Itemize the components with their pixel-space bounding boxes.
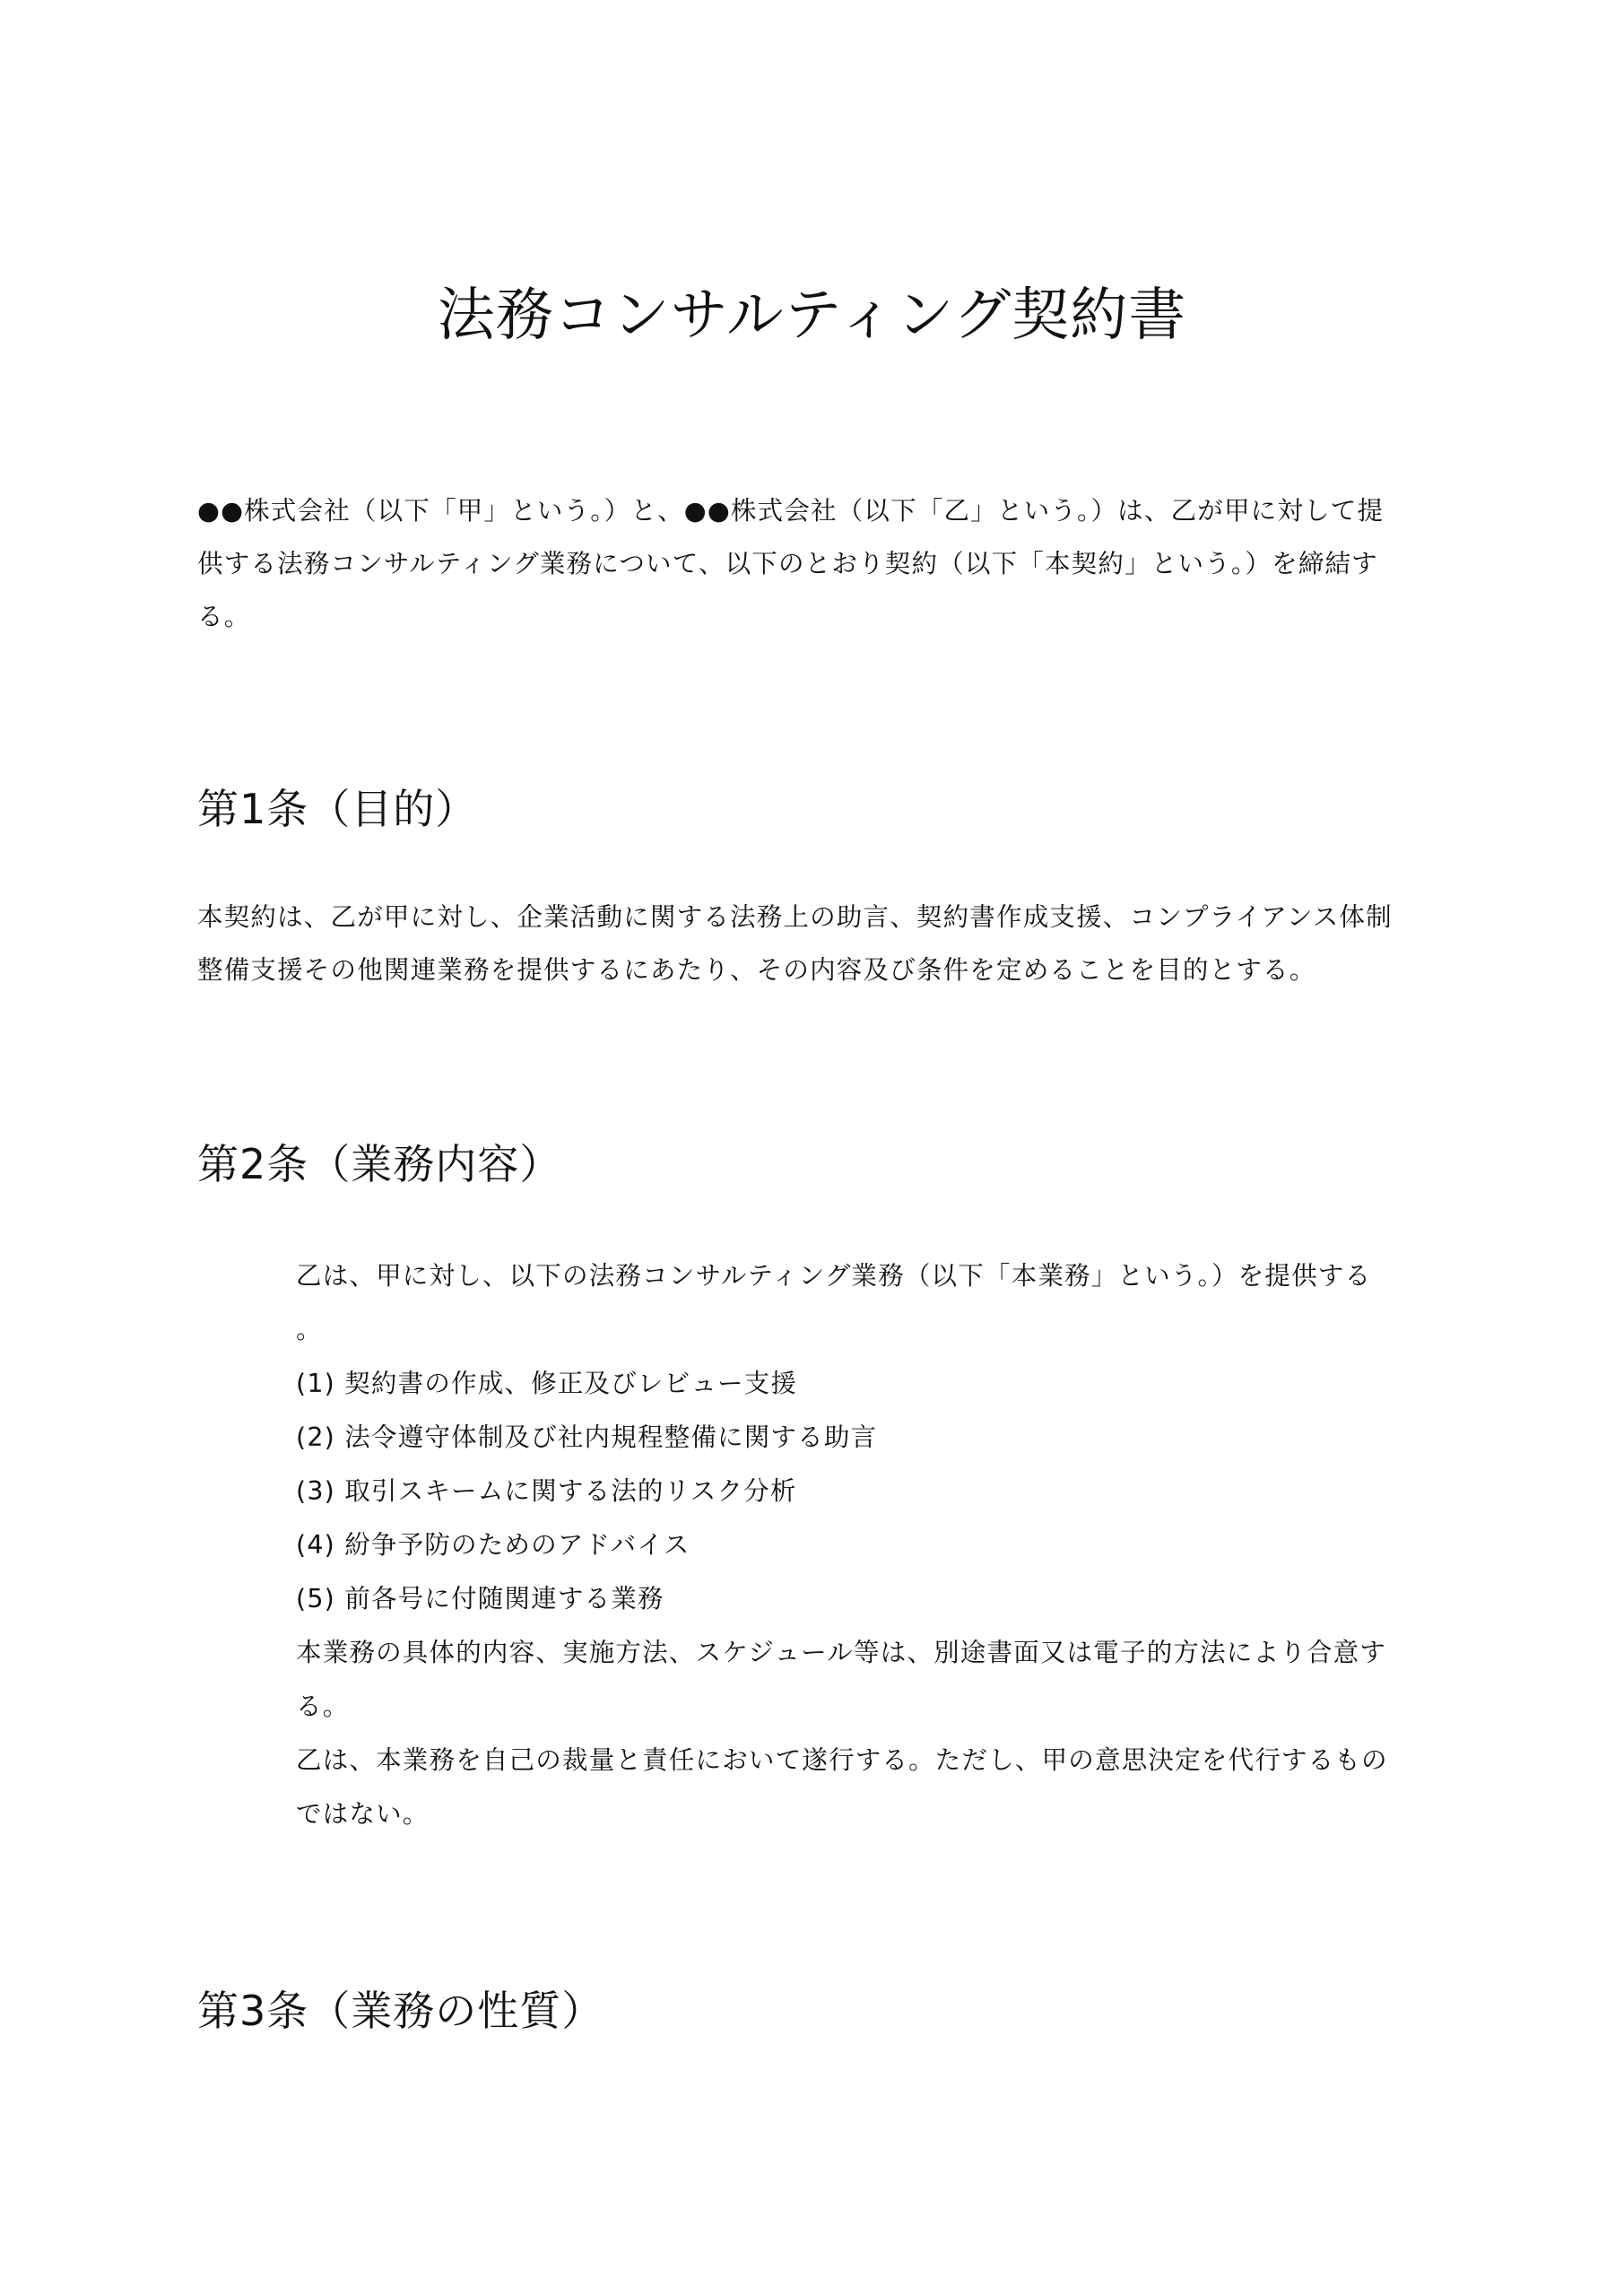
article-2-list-item-5: (5) 前各号に付随関連する業務 (296, 1572, 1435, 1626)
article-2-list-item-1: (1) 契約書の作成、修正及びレビュー支援 (296, 1357, 1435, 1411)
article-2-body: 乙は、甲に対し、以下の法務コンサルティング業務（以下「本業務」という。）を提供す… (296, 1249, 1435, 1841)
article-1-line: 整備支援その他関連業務を提供するにあたり、その内容及び条件を定めることを目的とす… (197, 944, 1435, 996)
article-2-detail-line: る。 (296, 1680, 1435, 1734)
article-2-detail-line: 本業務の具体的内容、実施方法、スケジュール等は、別途書面又は電子的方法により合意… (296, 1626, 1435, 1680)
article-2-list-item-3: (3) 取引スキームに関する法的リスク分析 (296, 1465, 1435, 1518)
article-2-list-item-2: (2) 法令遵守体制及び社内規程整備に関する助言 (296, 1411, 1435, 1465)
article-2-intro-line: 。 (296, 1303, 1435, 1357)
article-2-list-item-4: (4) 紛争予防のためのアドバイス (296, 1518, 1435, 1572)
preamble-paragraph: ●●株式会社（以下「甲」という。）と、●●株式会社（以下「乙」という。）は、乙が… (197, 484, 1435, 643)
document-title: 法務コンサルティング契約書 (0, 280, 1624, 352)
article-2-responsibility-line: ではない。 (296, 1787, 1435, 1841)
document-page: 法務コンサルティング契約書 ●●株式会社（以下「甲」という。）と、●●株式会社（… (0, 0, 1624, 2296)
preamble-line: 供する法務コンサルティング業務について、以下のとおり契約（以下「本契約」という。… (197, 537, 1435, 590)
article-2-responsibility-line: 乙は、本業務を自己の裁量と責任において遂行する。ただし、甲の意思決定を代行するも… (296, 1734, 1435, 1787)
article-1-line: 本契約は、乙が甲に対し、企業活動に関する法務上の助言、契約書作成支援、コンプライ… (197, 891, 1435, 944)
article-2-heading: 第2条（業務内容） (197, 1137, 561, 1191)
preamble-line: る。 (197, 590, 1435, 643)
article-2-intro-line: 乙は、甲に対し、以下の法務コンサルティング業務（以下「本業務」という。）を提供す… (296, 1249, 1435, 1303)
article-1-heading: 第1条（目的） (197, 782, 477, 836)
article-3-heading: 第3条（業務の性質） (197, 1984, 604, 2038)
preamble-line: ●●株式会社（以下「甲」という。）と、●●株式会社（以下「乙」という。）は、乙が… (197, 484, 1435, 537)
article-1-body: 本契約は、乙が甲に対し、企業活動に関する法務上の助言、契約書作成支援、コンプライ… (197, 891, 1435, 996)
